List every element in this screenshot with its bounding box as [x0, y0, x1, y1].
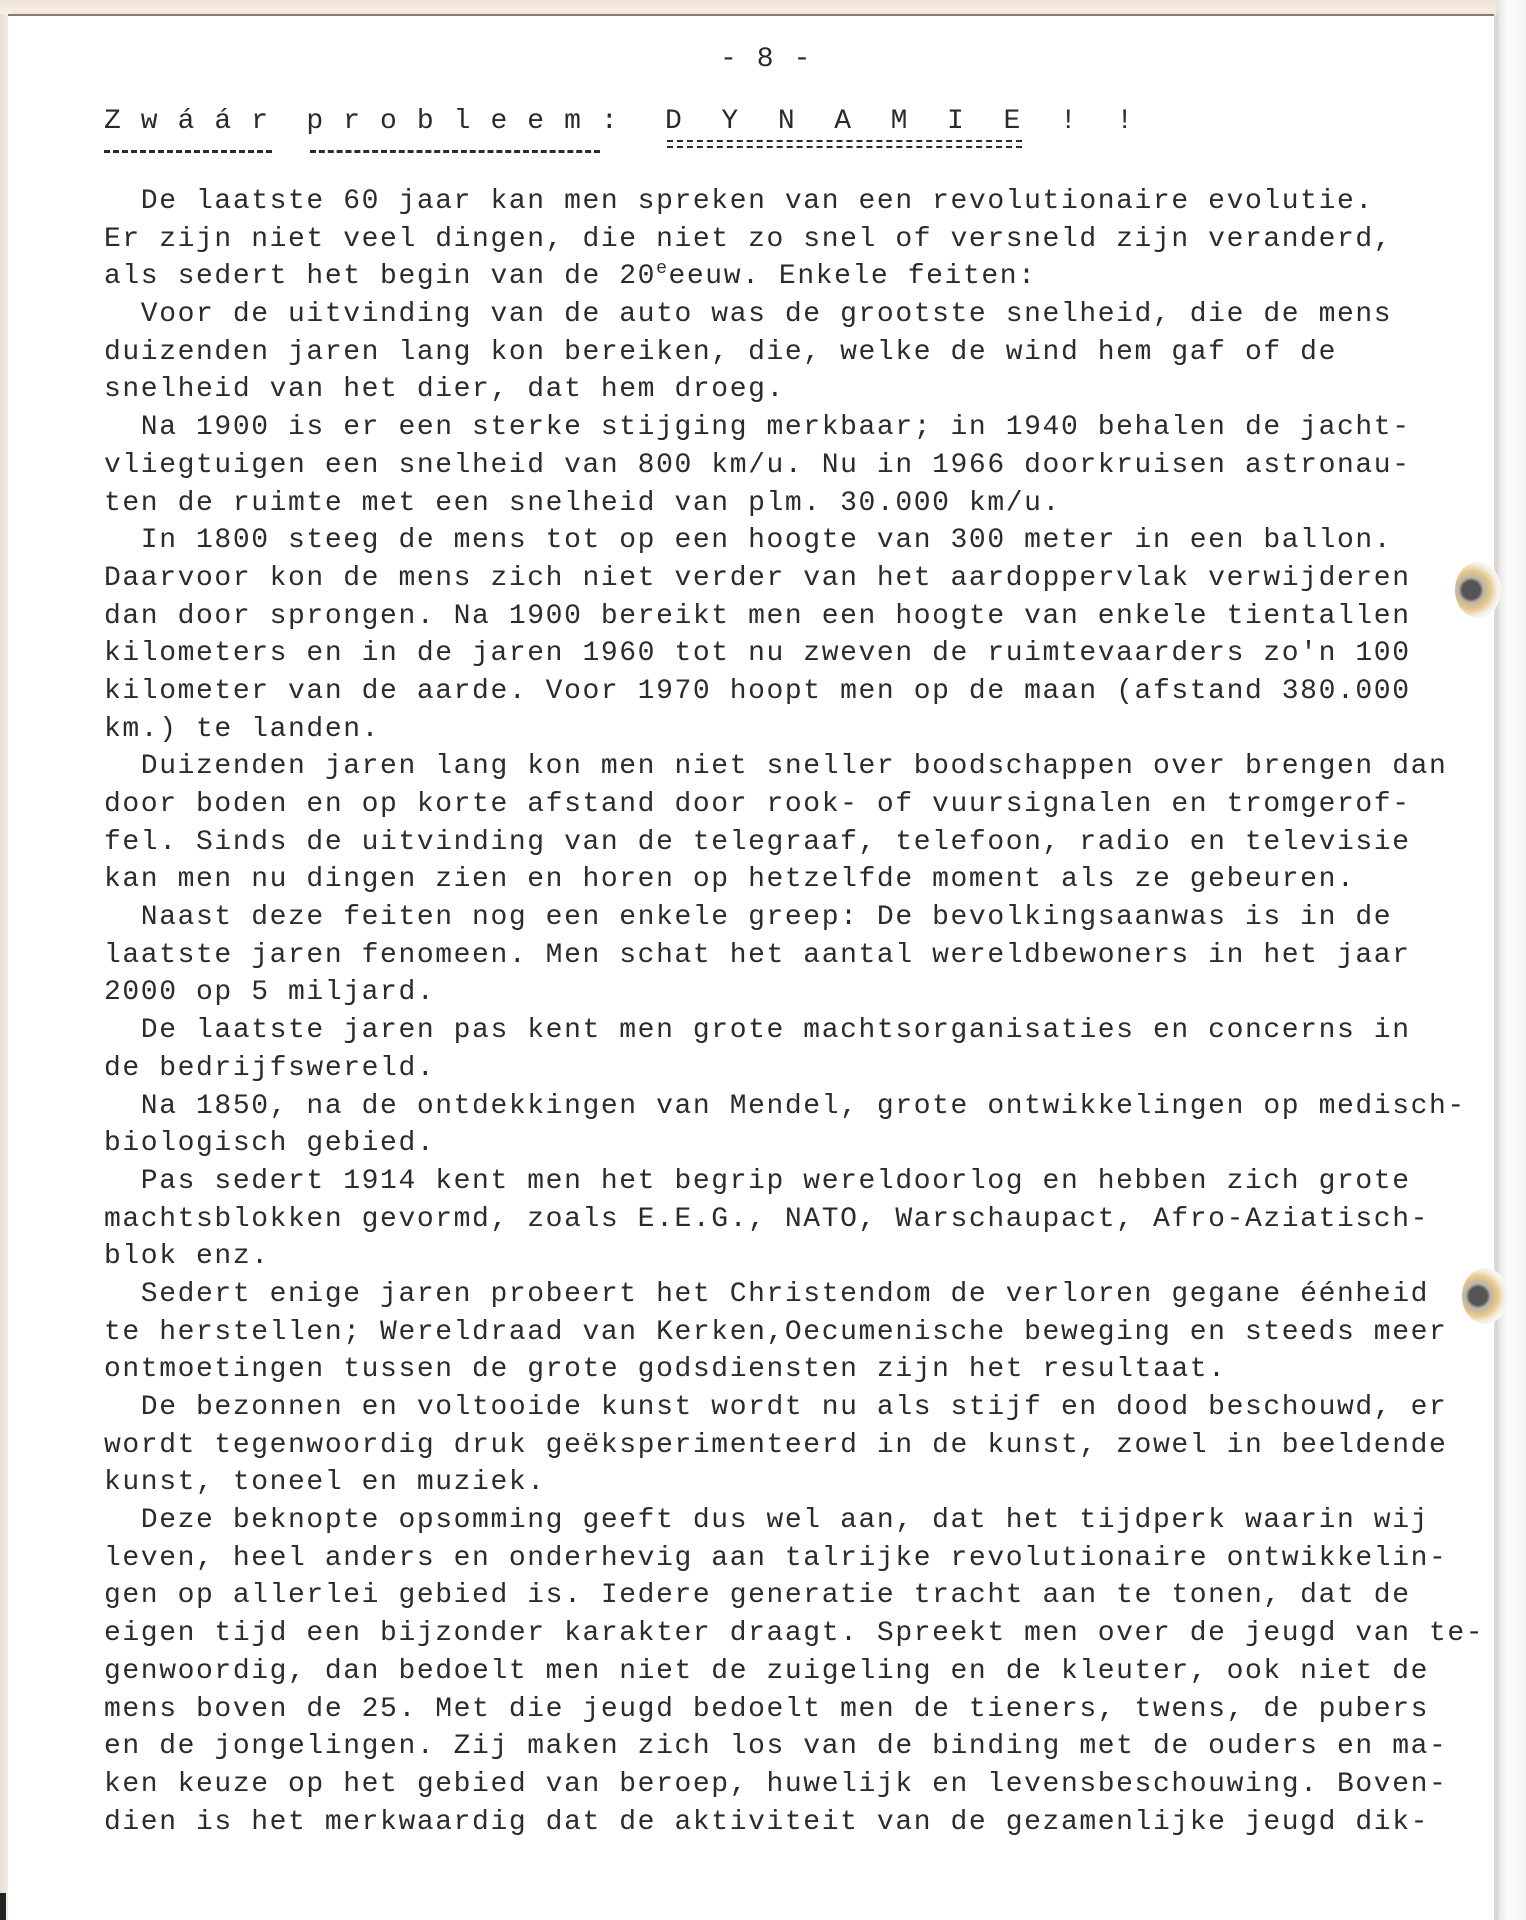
text-line: als sedert het begin van de 20eeeuw. Enk…: [104, 258, 1494, 296]
text-line: Na 1850, na de ontdekkingen van Mendel, …: [104, 1088, 1494, 1126]
page-number: - 8 -: [720, 44, 812, 75]
text-line: biologisch gebied.: [104, 1125, 1494, 1163]
scan-top-edge: [0, 0, 1526, 14]
text-line: Er zijn niet veel dingen, die niet zo sn…: [104, 221, 1494, 259]
text-line: In 1800 steeg de mens tot op een hoogte …: [104, 522, 1494, 560]
text-line: eigen tijd een bijzonder karakter draagt…: [104, 1615, 1494, 1653]
scan-right-edge: [1496, 0, 1526, 1920]
heading-dynamie: D Y N A M I E ! !: [665, 106, 1135, 137]
text-line: laatste jaren fenomeen. Men schat het aa…: [104, 937, 1494, 975]
text-line: machtsblokken gevormd, zoals E.E.G., NAT…: [104, 1201, 1494, 1239]
heading-underline: [104, 150, 272, 153]
text-line: Pas sedert 1914 kent men het begrip were…: [104, 1163, 1494, 1201]
text-line: ontmoetingen tussen de grote godsdienste…: [104, 1351, 1494, 1389]
text-line: kilometers en in de jaren 1960 tot nu zw…: [104, 635, 1494, 673]
text-line: 2000 op 5 miljard.: [104, 974, 1494, 1012]
text-line: door boden en op korte afstand door rook…: [104, 786, 1494, 824]
text-line: dien is het merkwaardig dat de aktivitei…: [104, 1804, 1494, 1842]
scan-left-edge: [0, 14, 8, 1920]
text-line: gen op allerlei gebied is. Iedere genera…: [104, 1577, 1494, 1615]
text-line: te herstellen; Wereldraad van Kerken,Oec…: [104, 1314, 1494, 1352]
text-line: Duizenden jaren lang kon men niet snelle…: [104, 748, 1494, 786]
text-line: De bezonnen en voltooide kunst wordt nu …: [104, 1389, 1494, 1427]
text-line: ten de ruimte met een snelheid van plm. …: [104, 485, 1494, 523]
text-line: kunst, toneel en muziek.: [104, 1464, 1494, 1502]
text-line: snelheid van het dier, dat hem droeg.: [104, 371, 1494, 409]
heading-underline: [310, 150, 600, 153]
heading-double-underline: [667, 140, 1022, 148]
text-line: en de jongelingen. Zij maken zich los va…: [104, 1728, 1494, 1766]
text-line: leven, heel anders en onderhevig aan tal…: [104, 1540, 1494, 1578]
text-line: kan men nu dingen zien en horen op hetze…: [104, 861, 1494, 899]
heading-zwaar-probleem: Z w á á r p r o b l e e m :: [104, 106, 619, 137]
text-line: ken keuze op het gebied van beroep, huwe…: [104, 1766, 1494, 1804]
text-line: de bedrijfswereld.: [104, 1050, 1494, 1088]
text-line: km.) te landen.: [104, 711, 1494, 749]
scan-corner-shadow: [0, 1893, 6, 1920]
text-line: duizenden jaren lang kon bereiken, die, …: [104, 334, 1494, 372]
body-text: De laatste 60 jaar kan men spreken van e…: [104, 183, 1494, 1841]
text-line: wordt tegenwoordig druk geëksperimenteer…: [104, 1427, 1494, 1465]
text-line: fel. Sinds de uitvinding van de telegraa…: [104, 824, 1494, 862]
text-line: dan door sprongen. Na 1900 bereikt men e…: [104, 598, 1494, 636]
text-line: Na 1900 is er een sterke stijging merkba…: [104, 409, 1494, 447]
text-line: Daarvoor kon de mens zich niet verder va…: [104, 560, 1494, 598]
text-line: Sedert enige jaren probeert het Christen…: [104, 1276, 1494, 1314]
text-line: Voor de uitvinding van de auto was de gr…: [104, 296, 1494, 334]
text-line: Deze beknopte opsomming geeft dus wel aa…: [104, 1502, 1494, 1540]
text-line: kilometer van de aarde. Voor 1970 hoopt …: [104, 673, 1494, 711]
text-line: Naast deze feiten nog een enkele greep: …: [104, 899, 1494, 937]
text-line: mens boven de 25. Met die jeugd bedoelt …: [104, 1691, 1494, 1729]
text-line: genwoordig, dan bedoelt men niet de zuig…: [104, 1653, 1494, 1691]
text-line: De laatste 60 jaar kan men spreken van e…: [104, 183, 1494, 221]
text-line: vliegtuigen een snelheid van 800 km/u. N…: [104, 447, 1494, 485]
text-line: De laatste jaren pas kent men grote mach…: [104, 1012, 1494, 1050]
text-line: blok enz.: [104, 1238, 1494, 1276]
